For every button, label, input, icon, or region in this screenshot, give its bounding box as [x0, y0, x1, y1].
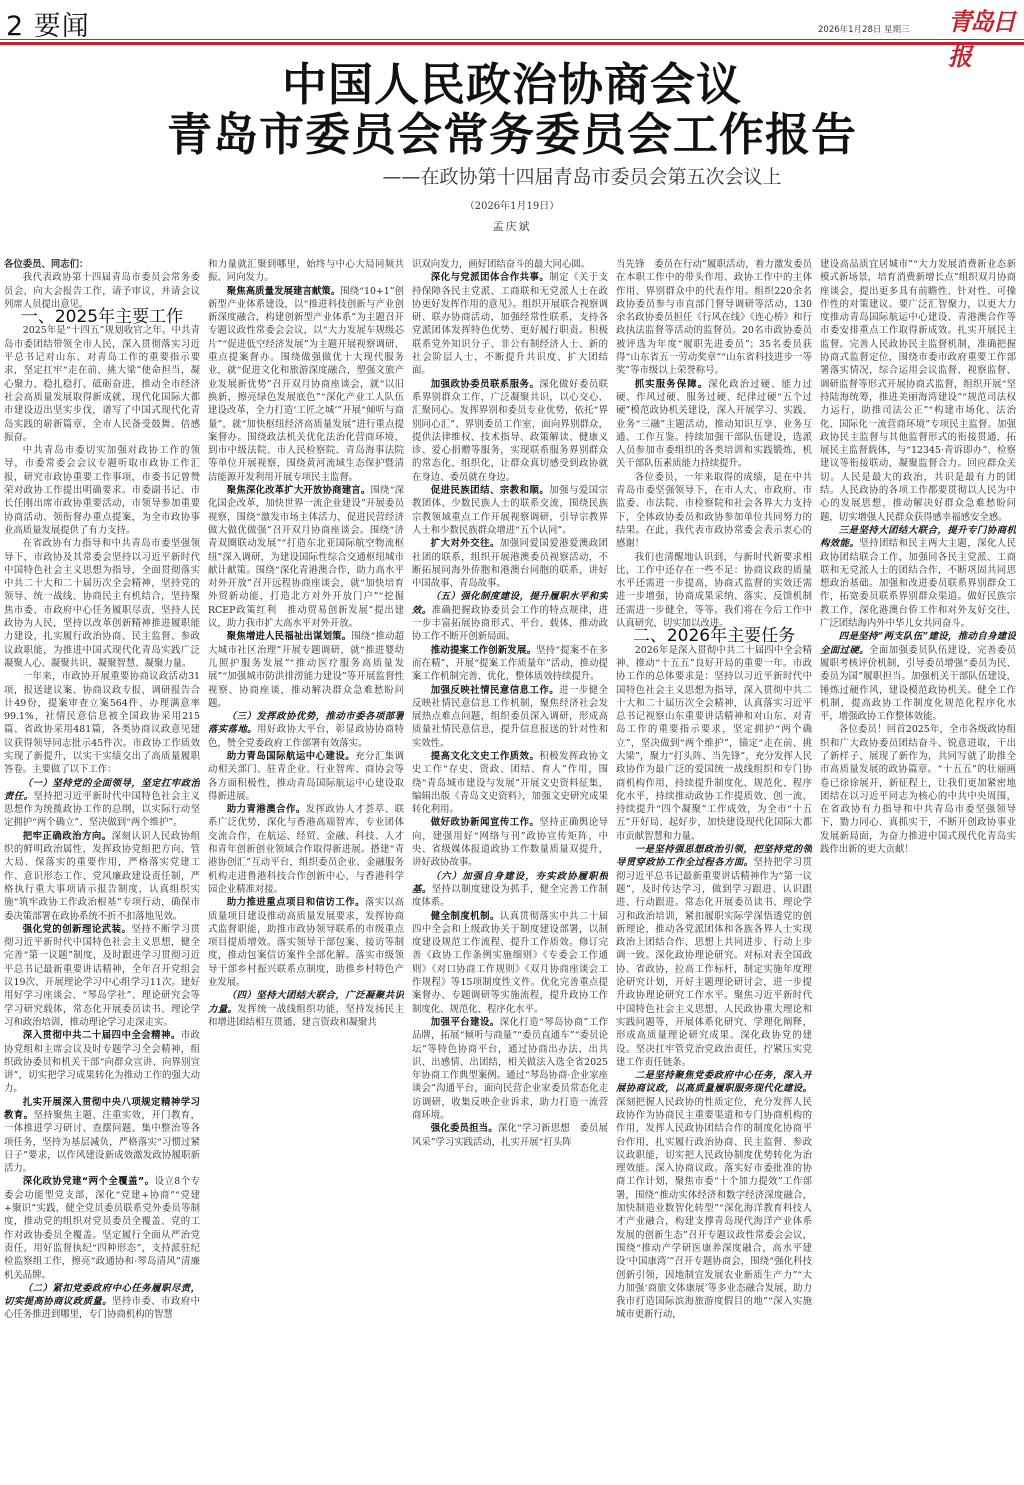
paragraph: 2025年是“十四五”规划收官之年。中共青岛市委团结带领全市人民，深入贯彻落实习… — [4, 324, 200, 444]
paragraph: 强化委员担当。深化“学习新思想 委员展风采”学习实践活动，扎实开展“打头阵 — [412, 1122, 608, 1149]
paragraph: 识双向发力，画好团结奋斗的最大同心圆。 — [412, 258, 608, 271]
paragraph: 当先锋 委员在行动”履职活动，着力激发委员在本职工作中的带头作用、政协工作中的主… — [616, 258, 812, 378]
paragraph: 在省政协有力指导和中共青岛市委坚强领导下，市政协及其常委会坚持以习近平新时代中国… — [4, 537, 200, 670]
paragraph: 加强政协委员联系服务。深化做好委员联系界别群众工作，广泛凝聚共识，以心交心、汇聚… — [412, 378, 608, 484]
lead-phrase: 加强政协委员联系服务。 — [431, 379, 540, 390]
paragraph: 我们也清醒地认识到，与新时代新要求相比，工作中还存在一些不足：协商议政的质量水平… — [616, 551, 812, 631]
lead-phrase: 做好政协新闻宣传工作。 — [431, 817, 540, 828]
paragraph: 扩大对外交往。加强同爱国爱港爱澳政团社团的联系，组织开展港澳委员视察活动，不断拓… — [412, 537, 608, 590]
issue-date: 2026年1月28日 星期三 — [818, 23, 910, 35]
column-5: 建设高品质宜居城市”“大力发展消费新业态新模式新场景，培育消费新增长点”组织双月… — [820, 258, 1016, 1483]
lead-phrase: 深化政协党建“两个全覆盖”。 — [23, 1176, 155, 1187]
paragraph: 把牢正确政治方向。深刻认识人民政协组织的鲜明政治属性，发挥政协党组把方向、管大局… — [4, 830, 200, 923]
paragraph: 聚焦增进人民福祉出谋划策。围绕“推动超大城市社区治理”开展专题调研，就“推进婴幼… — [208, 630, 404, 710]
lead-phrase: 聚焦深化改革扩大开放协商建言。 — [227, 485, 371, 496]
lead-phrase: 聚焦增进人民福祉出谋划策。 — [227, 631, 352, 642]
lead-phrase: 助力青岛国际航运中心建设。 — [227, 751, 355, 762]
paragraph: 推动提案工作创新发展。坚持“提案不在多而在精”，开展“提案工作质量年”活动，推动… — [412, 644, 608, 684]
column-2: 和力量就汇聚到哪里，始终与中心大局同频共振、同向发力。 聚焦高质量发展建言献策。… — [208, 258, 404, 1483]
paragraph: 抓实服务保障。深化政治过硬、能力过硬、作风过硬、服务过硬、纪律过硬“五个过硬”模… — [616, 378, 812, 471]
paragraph: 扎实开展深入贯彻中央八项规定精神学习教育。坚持聚焦主题、注重实效，开门教育，一体… — [4, 1096, 200, 1176]
paragraph: 聚焦深化改革扩大开放协商建言。围绕“深化国企改革，加快世界一流企业建设”开展委员… — [208, 484, 404, 630]
lead-phrase: 抓实服务保障。 — [635, 379, 708, 390]
lead-phrase: 推动提案工作创新发展。 — [431, 645, 536, 656]
paragraph: 和力量就汇聚到哪里，始终与中心大局同频共振、同向发力。 — [208, 258, 404, 285]
paragraph: 做好政协新闻宣传工作。坚持正确舆论导向，建强用好“网络与刊”政协宣传矩阵，中央、… — [412, 816, 608, 869]
lead-phrase: 加强反映社情民意信息工作。 — [431, 685, 559, 696]
paragraph: 四是坚持“两支队伍”建设，推动自身建设全面过硬。全面加强委员队伍建设，完善委员履… — [820, 630, 1016, 723]
paragraph: 助力青港澳合作。发挥政协人才荟萃、联系广泛优势，深化与香港高端智库、专业团体交流… — [208, 803, 404, 896]
paragraph: 助力推进重点项目和信访工作。落实以高质量项目建设推动高质量发展要求，发挥协商式监… — [208, 896, 404, 989]
lead-phrase: 强化委员担当。 — [431, 1123, 498, 1134]
paragraph: 提高文化文史工作质效。积极发挥政协文史工作“存史、资政、团结、育人”作用，围绕“… — [412, 750, 608, 816]
paragraph: 中共青岛市委切实加强对政协工作的领导，市委常委会会议专题听取市政协工作汇报，研究… — [4, 444, 200, 537]
lead-phrase: 促进民族团结、宗教和顺。 — [431, 485, 549, 496]
headline-line-1: 中国人民政治协商会议 — [0, 60, 1024, 110]
paragraph: （四）坚持大团结大联合，广泛凝聚共识力量。发挥统一战线组织功能，坚持发扬民主和增… — [208, 989, 404, 1029]
paragraph: 深入贯彻中共二十届四中全会精神。市政协党组和主席会议及时专题学习全会精神，组织政… — [4, 1029, 200, 1095]
paragraph: 健全制度机制。认真贯彻落实中共二十届四中全会和上级政协关于制度建设部署，以制度建… — [412, 910, 608, 1016]
lead-phrase: 聚焦高质量发展建言献策。 — [227, 286, 340, 297]
paragraph: 一年来，市政协开展重要协商议政活动31项，报送建议案、协商议政专报、调研报告合计… — [4, 670, 200, 776]
section-heading-2025: 一、2025年主要工作 — [4, 311, 200, 324]
paragraph: 深化与党派团体合作共事。制定《关于支持保障各民主党派、工商联和无党派人士在政协更… — [412, 271, 608, 377]
salutation: 各位委员、同志们： — [4, 258, 200, 271]
paragraph: （一）坚持党的全面领导，坚定扛牢政治责任。坚持把习近平新时代中国特色社会主义思想… — [4, 777, 200, 830]
paragraph: 聚焦高质量发展建言献策。围绕“10+1”创新型产业体系建设，以“推进科技创新与产… — [208, 285, 404, 484]
column-3: 识双向发力，画好团结奋斗的最大同心圆。 深化与党派团体合作共事。制定《关于支持保… — [412, 258, 608, 1483]
masthead-rule-thin — [0, 39, 1024, 40]
masthead: 2 要闻 2026年1月28日 星期三 青岛日报 — [0, 0, 1024, 44]
lead-phrase: 提高文化文史工作质效。 — [431, 751, 540, 762]
paragraph: （二）紧扣党委政府中心任务履职尽责，切实提高协商议政质量。坚持市委、市政府中心任… — [4, 1282, 200, 1322]
paragraph: 二是坚持聚焦党委政府中心任务，深入开展协商议政，以高质量履职服务现代化建设。深刻… — [616, 1069, 812, 1322]
paragraph: 各位委员，一年来取得的成绩，是在中共青岛市委坚强领导下，在市人大、市政府、市监委… — [616, 471, 812, 551]
page-section-label: 2 要闻 — [6, 4, 90, 43]
subheadline: ——在政协第十四届青岛市委员会第五次会议上 — [0, 162, 1024, 189]
paragraph: 建设高品质宜居城市”“大力发展消费新业态新模式新场景，培育消费新增长点”组织双月… — [820, 258, 1016, 524]
byline: 孟庆斌 — [0, 218, 1024, 234]
section-heading-2026: 二、2026年主要任务 — [616, 630, 812, 643]
lead-phrase: 强化党的创新理论武装。 — [23, 924, 132, 935]
subsection-heading: 二是坚持聚焦党委政府中心任务，深入开展协商议政，以高质量履职服务现代化建设。 — [616, 1070, 812, 1094]
paragraph: 促进民族团结、宗教和顺。加强与爱国宗教团体、少数民族人士的联系交流，围绕民族宗教… — [412, 484, 608, 537]
paragraph: 2026年是深入贯彻中共二十届四中全会精神、推动“十五五”良好开局的重要一年。市… — [616, 644, 812, 843]
dateline: （2026年1月19日） — [0, 197, 1024, 212]
headline-line-2: 青岛市委员会常务委员会工作报告 — [0, 110, 1024, 160]
paragraph: 三是坚持大团结大联合，提升专门协商机构效能。坚持团结和民主两大主题，深化人民政协… — [820, 524, 1016, 630]
paragraph: （五）强化制度建设，提升履职水平和实效。准确把握政协委员会工作的特点规律，进一步… — [412, 590, 608, 643]
masthead-rule-thick — [0, 42, 1024, 45]
paragraph: （三）发挥政协优势，推动市委各项部署落实落地。用好政协大平台，彰显政协协商特色，… — [208, 710, 404, 750]
article-body: 各位委员、同志们： 我代表政协第十四届青岛市委员会常务委员会，向大会报告工作，请… — [0, 258, 1024, 1483]
lead-phrase: 把牢正确政治方向。 — [23, 831, 112, 842]
paragraph: 强化党的创新理论武装。坚持不断学习贯彻习近平新时代中国特色社会主义思想，健全完善… — [4, 923, 200, 1029]
paragraph: 深化政协党建“两个全覆盖”。设立8个专委会功能型党支部，深化“党建+协商”“党建… — [4, 1175, 200, 1281]
column-4: 当先锋 委员在行动”履职活动，着力激发委员在本职工作中的带头作用、政协工作中的主… — [616, 258, 812, 1483]
paragraph: 助力青岛国际航运中心建设。充分汇集调动相关部门、驻青企业、行业智库、商协会等各方… — [208, 750, 404, 803]
paragraph: （六）加强自身建设，夯实政协履职根基。坚持以制度建设为抓手，健全完善工作制度体系… — [412, 870, 608, 910]
paragraph: 我代表政协第十四届青岛市委员会常务委员会，向大会报告工作，请予审议，并请会议列席… — [4, 271, 200, 311]
paragraph: 加强反映社情民意信息工作。进一步健全反映社情民意信息工作机制，聚焦经济社会发展热… — [412, 684, 608, 750]
lead-phrase: 加强平台建设。 — [431, 1017, 500, 1028]
closing-paragraph: 各位委员！回首2025年，全市各级政协组织和广大政协委员团结奋斗、锐意进取，干出… — [820, 723, 1016, 856]
lead-phrase: 深入贯彻中共二十届四中全会精神。 — [23, 1030, 181, 1041]
paragraph: 一是坚持强思想政治引领，把坚持党的领导贯穿政协工作全过程各方面。坚持把学习贯彻习… — [616, 843, 812, 1069]
paragraph: 加强平台建设。深化打造“琴岛协商”工作品牌，拓展“倾听与商量”“委员直通车”“委… — [412, 1016, 608, 1122]
lead-phrase: 扩大对外交往。 — [431, 538, 500, 549]
column-1: 各位委员、同志们： 我代表政协第十四届青岛市委员会常务委员会，向大会报告工作，请… — [4, 258, 200, 1483]
article-title-block: 中国人民政治协商会议 青岛市委员会常务委员会工作报告 ——在政协第十四届青岛市委… — [0, 60, 1024, 234]
lead-phrase: 助力推进重点项目和信访工作。 — [227, 897, 365, 908]
lead-phrase: 深化与党派团体合作共事。 — [431, 272, 549, 283]
lead-phrase: 助力青港澳合作。 — [227, 804, 306, 815]
lead-phrase: 健全制度机制。 — [431, 911, 500, 922]
